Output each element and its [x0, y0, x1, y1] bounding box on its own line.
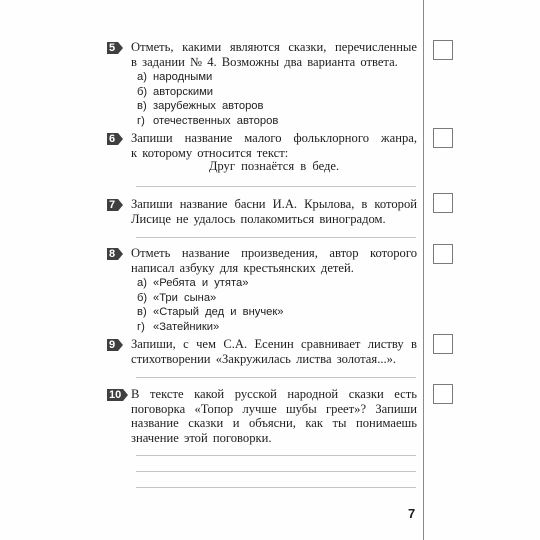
- option-text: народными: [153, 71, 212, 83]
- option-letter: а): [137, 276, 153, 291]
- question-5-options: а)народными б)авторскими в)зарубежных ав…: [137, 70, 278, 128]
- answer-box-6[interactable]: [433, 128, 453, 148]
- option-letter: б): [137, 291, 153, 306]
- option-text: отечественных авторов: [153, 115, 278, 127]
- question-9-text: Запиши, с чем С.А. Есенин сравнивает лис…: [131, 337, 417, 366]
- option-text: авторскими: [153, 86, 213, 98]
- option-letter: в): [137, 99, 153, 114]
- answer-line[interactable]: [136, 186, 416, 187]
- question-line: поговорка «Топор лучше шубы греет»? Запи…: [131, 402, 417, 417]
- answer-line[interactable]: [136, 455, 416, 456]
- question-line: Запиши название малого фольклорного жанр…: [131, 131, 417, 146]
- option-g[interactable]: г)«Затейники»: [137, 320, 284, 335]
- option-text: «Три сына»: [153, 292, 216, 304]
- question-line: значение этой поговорки.: [131, 431, 417, 446]
- question-line: стихотворении «Закружилась листва золота…: [131, 352, 417, 367]
- answer-box-10[interactable]: [433, 384, 453, 404]
- question-line: к которому относится текст:: [131, 146, 417, 161]
- question-8-text: Отметь название произведения, автор кото…: [131, 246, 417, 275]
- answer-line[interactable]: [136, 487, 416, 488]
- option-b[interactable]: б)«Три сына»: [137, 291, 284, 306]
- option-a[interactable]: а)народными: [137, 70, 278, 85]
- question-line: Отметь, какими являются сказки, перечисл…: [131, 40, 417, 55]
- option-letter: г): [137, 320, 153, 335]
- answer-line[interactable]: [136, 377, 416, 378]
- question-line: в задании № 4. Возможны два варианта отв…: [131, 55, 417, 70]
- answer-box-7[interactable]: [433, 193, 453, 213]
- option-letter: б): [137, 85, 153, 100]
- quoted-proverb: Друг познаётся в беде.: [131, 159, 417, 174]
- question-line: В тексте какой русской народной сказки е…: [131, 387, 417, 402]
- option-text: зарубежных авторов: [153, 100, 263, 112]
- option-text: «Затейники»: [153, 321, 219, 333]
- option-text: «Ребята и утята»: [153, 277, 248, 289]
- answer-box-9[interactable]: [433, 334, 453, 354]
- option-v[interactable]: в)зарубежных авторов: [137, 99, 278, 114]
- answer-box-8[interactable]: [433, 244, 453, 264]
- question-7-text: Запиши название басни И.А. Крылова, в ко…: [131, 197, 417, 226]
- option-letter: г): [137, 114, 153, 129]
- option-b[interactable]: б)авторскими: [137, 85, 278, 100]
- answer-line[interactable]: [136, 237, 416, 238]
- option-letter: в): [137, 305, 153, 320]
- question-number-badge: 5: [107, 42, 118, 54]
- question-8-options: а)«Ребята и утята» б)«Три сына» в)«Стары…: [137, 276, 284, 334]
- question-line: Запиши, с чем С.А. Есенин сравнивает лис…: [131, 337, 417, 352]
- question-number-badge: 6: [107, 133, 118, 145]
- question-5-text: Отметь, какими являются сказки, перечисл…: [131, 40, 417, 69]
- question-number-badge: 10: [107, 389, 123, 401]
- option-a[interactable]: а)«Ребята и утята»: [137, 276, 284, 291]
- page-number: 7: [408, 506, 415, 521]
- question-number-badge: 7: [107, 199, 118, 211]
- answer-line[interactable]: [136, 471, 416, 472]
- option-v[interactable]: в)«Старый дед и внучек»: [137, 305, 284, 320]
- workbook-page: 5 Отметь, какими являются сказки, перечи…: [0, 0, 540, 540]
- answer-box-5[interactable]: [433, 40, 453, 60]
- option-text: «Старый дед и внучек»: [153, 306, 284, 318]
- question-10-text: В тексте какой русской народной сказки е…: [131, 387, 417, 445]
- question-line: Лисице не удалось полакомиться виноградо…: [131, 212, 417, 227]
- question-line: Отметь название произведения, автор кото…: [131, 246, 417, 261]
- question-line: написал азбуку для крестьянских детей.: [131, 261, 417, 276]
- question-6-text: Запиши название малого фольклорного жанр…: [131, 131, 417, 160]
- question-line: Запиши название басни И.А. Крылова, в ко…: [131, 197, 417, 212]
- question-line: название сказки и объясни, как ты понима…: [131, 416, 417, 431]
- option-letter: а): [137, 70, 153, 85]
- question-number-badge: 9: [107, 339, 118, 351]
- question-number-badge: 8: [107, 248, 118, 260]
- margin-divider: [423, 0, 424, 540]
- option-g[interactable]: г)отечественных авторов: [137, 114, 278, 129]
